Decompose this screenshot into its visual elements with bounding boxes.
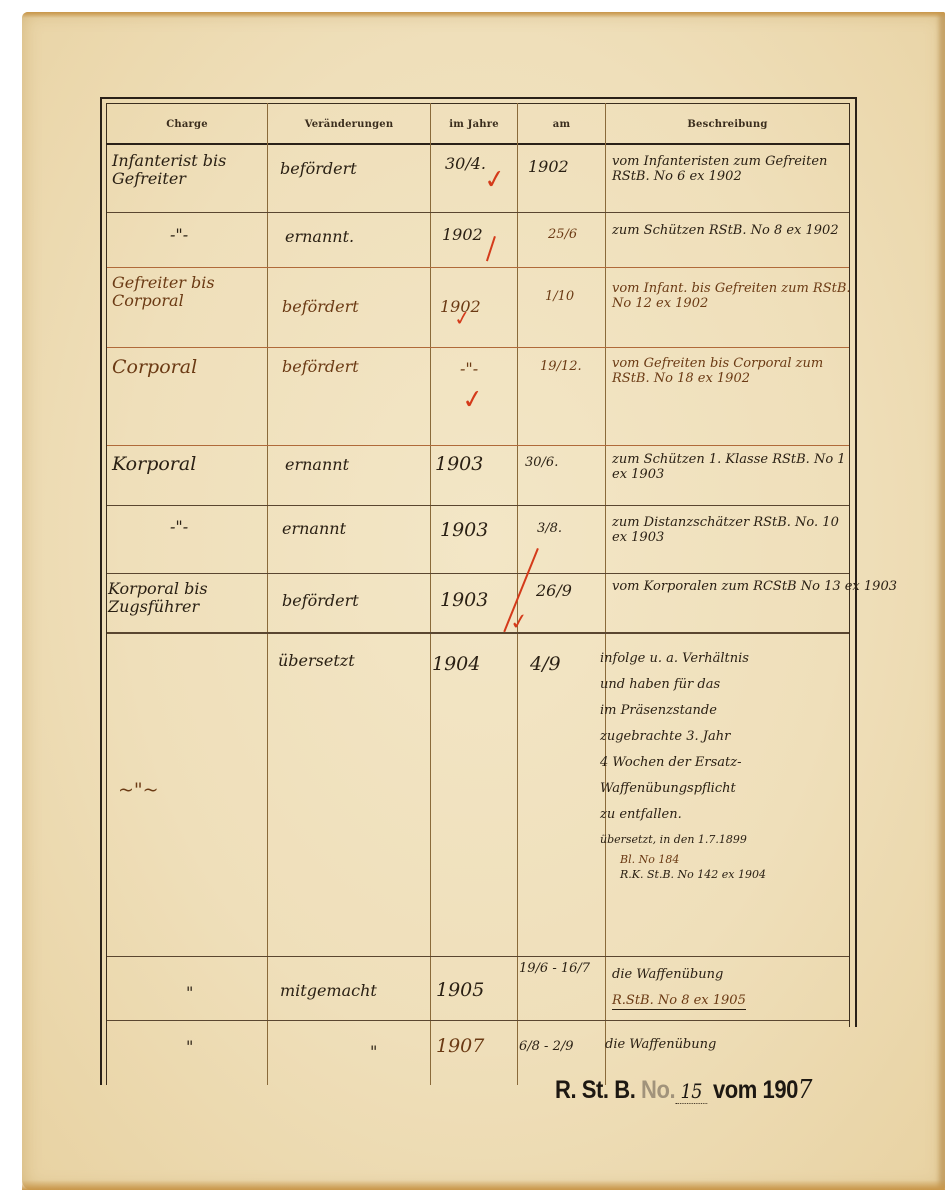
row7-im-jahre: 1903 [440, 590, 488, 612]
row7-beschreibung: vom Korporalen zum RCStB No 13 ex 1903 [612, 580, 902, 595]
row5-charge: Korporal [112, 454, 196, 476]
row6-im-jahre: 1903 [440, 520, 488, 542]
row1-am: 1902 [528, 158, 569, 176]
row7-charge: Korporal bis Zugsführer [108, 580, 263, 617]
header-im-jahre: im Jahre [431, 105, 517, 143]
row8-beschreibung: infolge u. a. Verhältnis und haben für d… [600, 652, 855, 881]
row10-beschreibung: die Waffenübung [605, 1038, 845, 1053]
row10-veraenderungen: " [370, 1043, 377, 1061]
row1-veraenderungen: befördert [280, 160, 425, 178]
row1-charge: Infanterist bis Gefreiter [112, 152, 267, 189]
row2-charge: -"- [170, 226, 188, 244]
row10-im-jahre: 1907 [436, 1036, 484, 1058]
row1-beschreibung: vom Infanteristen zum Gefreiten RStB. No… [612, 155, 852, 185]
beschreibung-line: R.K. St.B. No 142 ex 1904 [620, 869, 855, 882]
row5-veraenderungen: ernannt [285, 456, 349, 474]
row-divider [107, 212, 849, 213]
row8-veraenderungen: übersetzt [278, 652, 355, 670]
row-divider [107, 505, 849, 506]
beschreibung-line: die Waffenübung [612, 968, 852, 983]
row6-charge: -"- [170, 518, 188, 536]
row8-im-jahre: 1904 [432, 654, 480, 676]
stamp-year-handwritten: 7 [798, 1075, 812, 1105]
column-divider [430, 103, 431, 1085]
row5-am: 30/6. [525, 456, 558, 471]
row5-im-jahre: 1903 [435, 454, 483, 476]
row-divider [107, 1020, 849, 1021]
row2-veraenderungen: ernannt. [285, 228, 354, 246]
row-divider [107, 956, 849, 957]
table-border-right [855, 97, 857, 1027]
row10-charge: " [186, 1038, 193, 1056]
header-charge: Charge [107, 105, 267, 143]
table-border-left [100, 97, 102, 1085]
beschreibung-line: zu entfallen. [600, 808, 855, 823]
row4-am: 19/12. [540, 360, 582, 375]
beschreibung-line: 4 Wochen der Ersatz- [600, 756, 855, 771]
beschreibung-line: Bl. No 184 [620, 854, 855, 867]
registry-stamp: R. St. B. No.15 vom 1907 [555, 1075, 812, 1105]
table-border-left-inner [106, 103, 107, 1085]
row3-veraenderungen: befördert [282, 298, 359, 316]
row4-veraenderungen: befördert [282, 358, 359, 376]
column-divider [267, 103, 268, 1085]
row2-im-jahre: 1902 [442, 226, 483, 244]
header-beschreibung: Beschreibung [606, 105, 849, 143]
row-divider [107, 632, 849, 634]
header-rule [106, 143, 850, 145]
row3-am: 1/10 [545, 290, 574, 305]
row6-am: 3/8. [537, 522, 562, 537]
red-checkmark-icon: ✓ [452, 305, 472, 331]
row6-veraenderungen: ernannt [282, 520, 346, 538]
row1-im-jahre: 30/4. [445, 155, 486, 173]
row-divider [107, 445, 849, 446]
row4-beschreibung: vom Gefreiten bis Corporal zum RStB. No … [612, 357, 852, 387]
stamp-prefix: R. St. B. [555, 1076, 635, 1104]
row-divider [107, 267, 849, 268]
table-border-top [100, 97, 857, 99]
row7-veraenderungen: befördert [282, 592, 359, 610]
table-border-right-inner [849, 103, 850, 1027]
beschreibung-line: übersetzt, in den 1.7.1899 [600, 834, 855, 847]
red-checkmark-icon: ✓ [482, 164, 508, 197]
row2-am: 25/6 [548, 228, 577, 243]
beschreibung-line: und haben für das [600, 678, 855, 693]
stamp-no-label: No. [641, 1076, 675, 1104]
header-am: am [518, 105, 605, 143]
row3-beschreibung: vom Infant. bis Gefreiten zum RStB. No 1… [612, 282, 852, 312]
red-checkmark-icon: ✓ [460, 384, 486, 417]
row9-beschreibung: die Waffenübung R.StB. No 8 ex 1905 [612, 968, 852, 1010]
beschreibung-line: Waffenübungspflicht [600, 782, 855, 797]
stamp-year-printed: 190 [763, 1076, 798, 1104]
row2-beschreibung: zum Schützen RStB. No 8 ex 1902 [612, 224, 847, 239]
beschreibung-line: R.StB. No 8 ex 1905 [612, 994, 746, 1010]
row8-am: 4/9 [530, 654, 561, 676]
row3-charge: Gefreiter bis Corporal [112, 274, 267, 311]
row7-am: 26/9 [536, 582, 572, 600]
row4-charge: Corporal [112, 357, 197, 379]
row5-beschreibung: zum Schützen 1. Klasse RStB. No 1 ex 190… [612, 453, 852, 483]
beschreibung-line: im Präsenzstande [600, 704, 855, 719]
row8-charge: ~"~ [118, 780, 159, 802]
row-divider [107, 573, 849, 574]
row9-charge: " [186, 984, 193, 1002]
row-divider [107, 347, 849, 348]
stamp-vom-label: vom [713, 1076, 757, 1104]
red-checkmark-icon: ✓ [508, 609, 530, 636]
row10-am: 6/8 - 2/9 [519, 1040, 574, 1055]
table-border-top-inner [106, 103, 850, 104]
beschreibung-line: zugebrachte 3. Jahr [600, 730, 855, 745]
row4-im-jahre: -"- [460, 360, 478, 378]
beschreibung-line: infolge u. a. Verhältnis [600, 652, 855, 667]
column-divider [605, 103, 606, 1085]
row9-am: 19/6 - 16/7 [519, 962, 590, 977]
row6-beschreibung: zum Distanzschätzer RStB. No. 10 ex 1903 [612, 516, 852, 546]
row9-im-jahre: 1905 [436, 980, 484, 1002]
stamp-number: 15 [675, 1079, 707, 1104]
header-veraenderungen: Veränderungen [268, 105, 430, 143]
row9-veraenderungen: mitgemacht [280, 982, 377, 1000]
